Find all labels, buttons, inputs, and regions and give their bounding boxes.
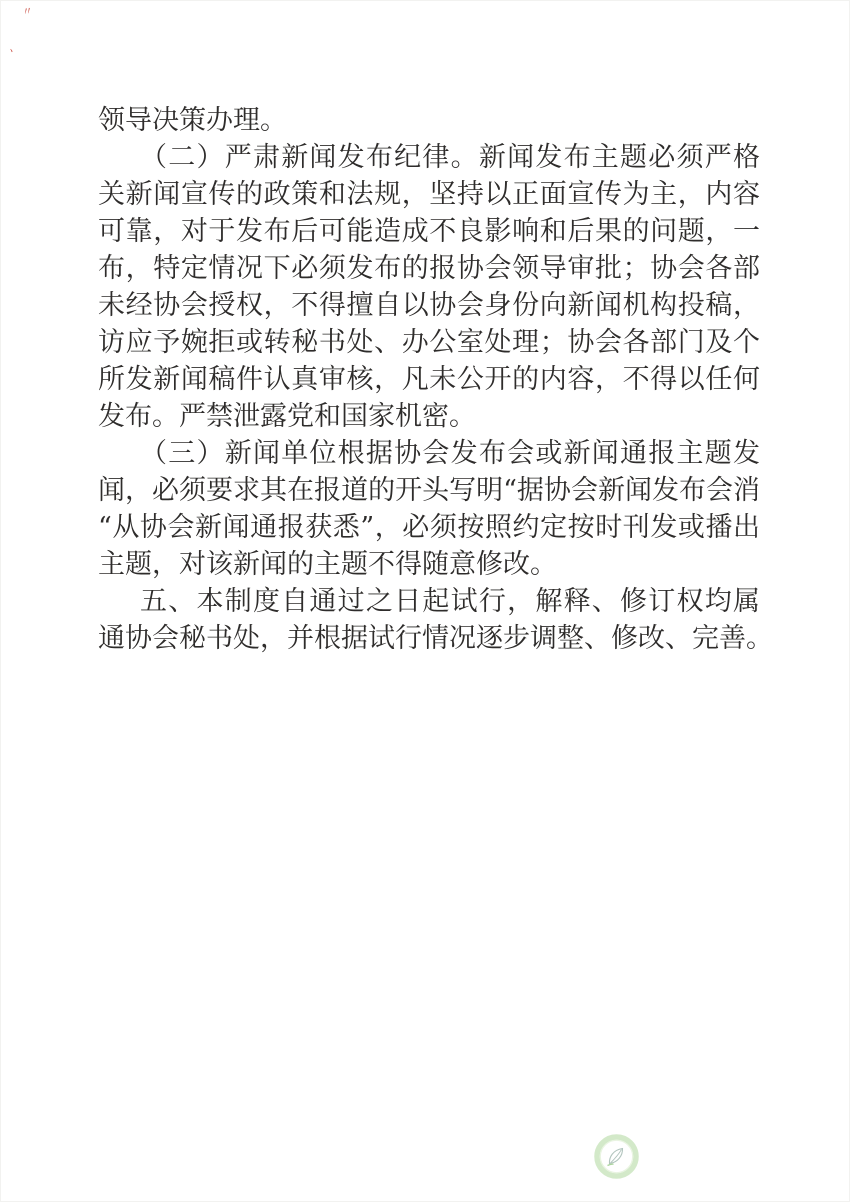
document-line: 关新闻宣传的政策和法规，坚持以正面宣传为主，内容必须真实 <box>98 176 760 213</box>
document-line: 所发新闻稿件认真审核，凡未公开的内容，不得以任何形式对外 <box>98 361 760 398</box>
document-text: 领导决策办理。（二）严肃新闻发布纪律。新闻发布主题必须严格遵守国家有关新闻宣传的… <box>98 102 760 657</box>
document-line: （二）严肃新闻发布纪律。新闻发布主题必须严格遵守国家有 <box>98 139 760 176</box>
document-line: 领导决策办理。 <box>98 102 760 139</box>
document-line: 访应予婉拒或转秘书处、办公室处理；协会各部门及个人必须对 <box>98 324 760 361</box>
red-annotation-mark: 〃 <box>21 5 33 17</box>
document-line: 发布。严禁泄露党和国家机密。 <box>98 398 760 435</box>
document-line: 通协会秘书处，并根据试行情况逐步调整、修改、完善。 <box>98 620 760 657</box>
document-line: 闻，必须要求其在报道的开头写明“据协会新闻发布会消息”或 <box>98 472 760 509</box>
red-annotation-mark: 、 <box>9 42 22 55</box>
document-line: 未经协会授权，不得擅自以协会身份向新闻机构投稿，对电话采 <box>98 287 760 324</box>
document-line: “从协会新闻通报获悉”，必须按照约定按时刊发或播出所发布的 <box>98 509 760 546</box>
document-line: 可靠，对于发布后可能造成不良影响和后果的问题，一般不予发 <box>98 213 760 250</box>
document-page: 〃 、 领导决策办理。（二）严肃新闻发布纪律。新闻发布主题必须严格遵守国家有关新… <box>0 0 850 1202</box>
leaf-watermark-icon <box>594 1134 639 1179</box>
document-line: 布，特定情况下必须发布的报协会领导审批；协会各部门及个人 <box>98 250 760 287</box>
document-line: 主题，对该新闻的主题不得随意修改。 <box>98 546 760 583</box>
document-line: 五、本制度自通过之日起试行，解释、修订权均属中国茶叶流 <box>98 583 760 620</box>
document-line: （三）新闻单位根据协会发布会或新闻通报主题发出有关新 <box>98 435 760 472</box>
